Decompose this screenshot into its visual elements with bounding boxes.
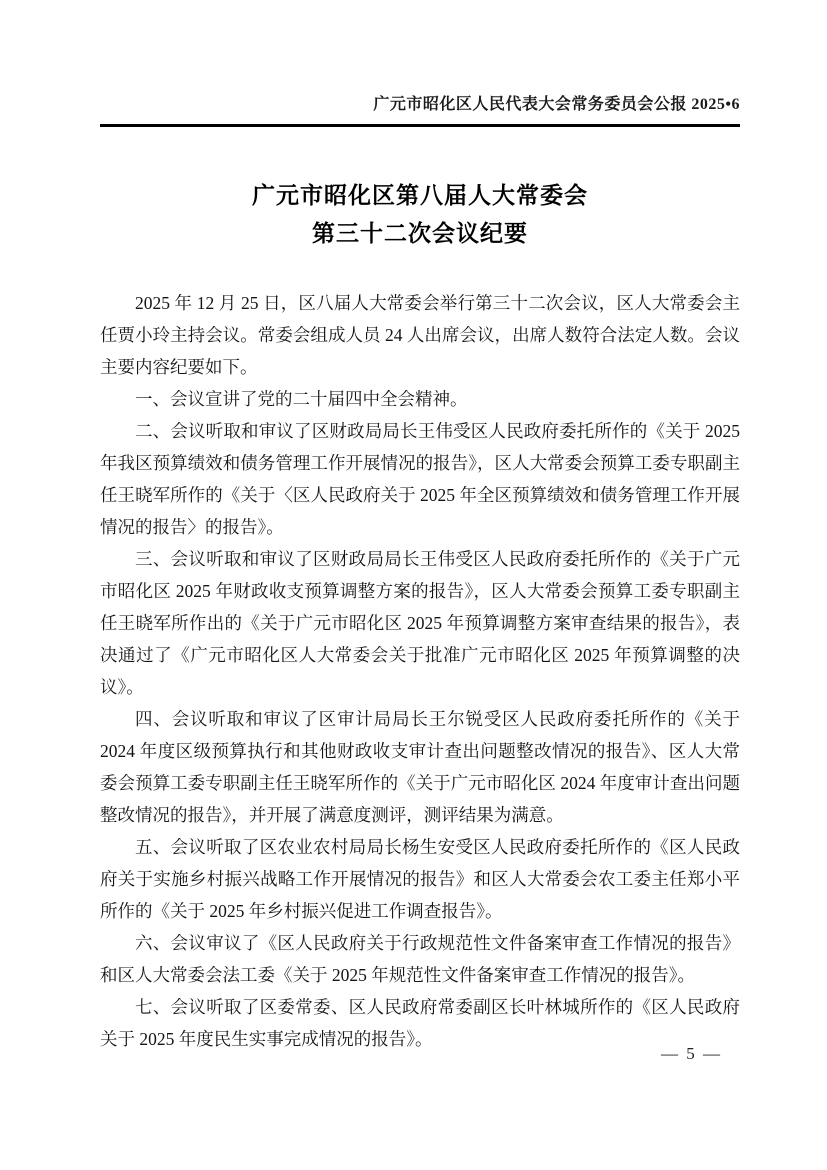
paragraph-item-3: 三、会议听取和审议了区财政局局长王伟受区人民政府委托所作的《关于广元市昭化区 2…: [100, 543, 740, 703]
paragraph-item-6: 六、会议审议了《区人民政府关于行政规范性文件备案审查工作情况的报告》和区人大常委…: [100, 927, 740, 991]
title-line-2: 第三十二次会议纪要: [100, 215, 740, 253]
title-line-1: 广元市昭化区第八届人大常委会: [100, 177, 740, 215]
paragraph-item-5: 五、会议听取了区农业农村局局长杨生安受区人民政府委托所作的《区人民政府关于实施乡…: [100, 831, 740, 927]
paragraph-item-7: 七、会议听取了区委常委、区人民政府常委副区长叶林城所作的《区人民政府关于 202…: [100, 991, 740, 1055]
gazette-page: 广元市昭化区人民代表大会常务委员会公报 2025•6 广元市昭化区第八届人大常委…: [0, 0, 827, 1170]
header-rule: [100, 124, 740, 127]
page-number: — 5 —: [661, 1044, 722, 1064]
running-header: 广元市昭化区人民代表大会常务委员会公报 2025•6: [100, 0, 740, 116]
paragraph-item-1: 一、会议宣讲了党的二十届四中全会精神。: [100, 383, 740, 415]
document-title: 广元市昭化区第八届人大常委会 第三十二次会议纪要: [100, 177, 740, 253]
paragraph-item-2: 二、会议听取和审议了区财政局局长王伟受区人民政府委托所作的《关于 2025 年我…: [100, 415, 740, 543]
document-body: 2025 年 12 月 25 日，区八届人大常委会举行第三十二次会议，区人大常委…: [100, 287, 740, 1055]
page-content: 广元市昭化区人民代表大会常务委员会公报 2025•6 广元市昭化区第八届人大常委…: [100, 0, 740, 1055]
paragraph-intro: 2025 年 12 月 25 日，区八届人大常委会举行第三十二次会议，区人大常委…: [100, 287, 740, 383]
paragraph-item-4: 四、会议听取和审议了区审计局局长王尔锐受区人民政府委托所作的《关于 2024 年…: [100, 703, 740, 831]
